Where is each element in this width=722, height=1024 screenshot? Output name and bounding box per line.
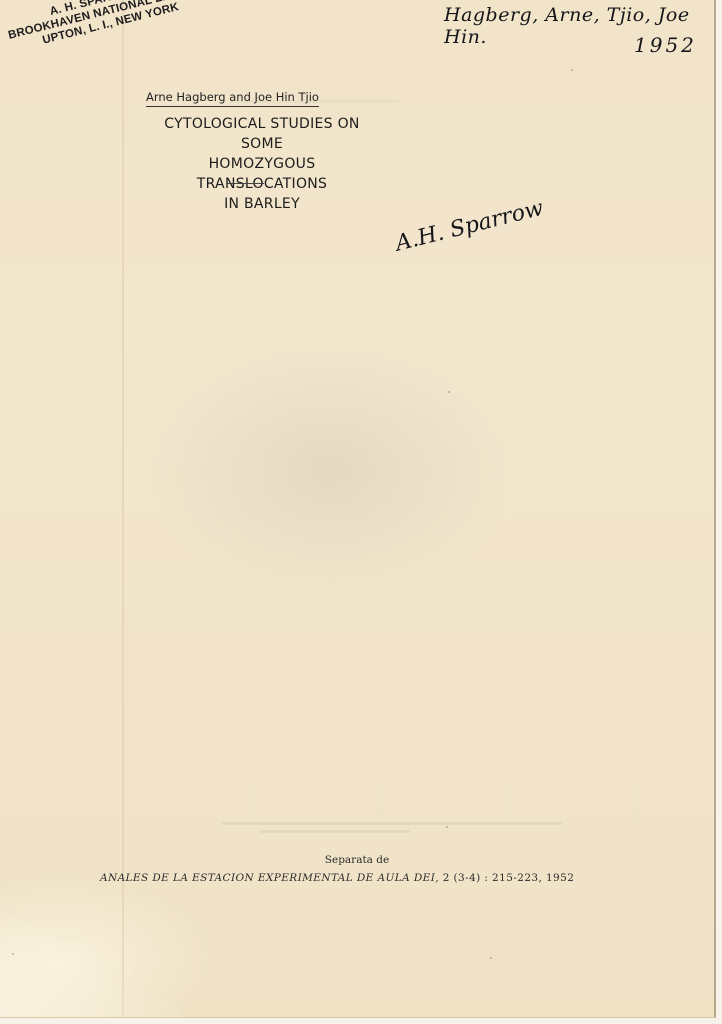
journal-name: ANALES DE LA ESTACION EXPERIMENTAL DE AU…	[100, 872, 439, 884]
title-line-3: IN BARLEY	[142, 194, 382, 214]
library-stamp: A. H. Sparrow Brookhaven National Labora…	[2, 0, 239, 56]
paper-speck	[571, 69, 573, 71]
title-divider	[226, 183, 264, 184]
paper-speck	[448, 391, 450, 393]
journal-citation: ANALES DE LA ESTACION EXPERIMENTAL DE AU…	[100, 872, 574, 884]
bleed-through-line	[230, 100, 400, 103]
title-line-2: HOMOZYGOUS TRANSLOCATIONS	[142, 154, 382, 194]
paper-speck	[446, 826, 448, 828]
handwritten-catalog-year: 1952	[634, 33, 697, 57]
article-authors: Arne Hagberg and Joe Hin Tjio	[146, 90, 319, 107]
separata-label: Separata de	[0, 854, 714, 866]
bleed-through-line	[222, 822, 562, 825]
journal-volume-pages: 2 (3-4) : 215-223, 1952	[439, 872, 574, 884]
title-line-1: CYTOLOGICAL STUDIES ON SOME	[142, 114, 382, 154]
article-title: CYTOLOGICAL STUDIES ON SOME HOMOZYGOUS T…	[142, 114, 382, 214]
document-page: A. H. Sparrow Brookhaven National Labora…	[0, 0, 716, 1018]
paper-speck	[12, 953, 14, 955]
bleed-through-line	[260, 830, 410, 833]
paper-speck	[490, 957, 492, 959]
handwritten-signature: A.H. Sparrow	[393, 196, 546, 257]
corner-crease	[0, 900, 180, 1018]
